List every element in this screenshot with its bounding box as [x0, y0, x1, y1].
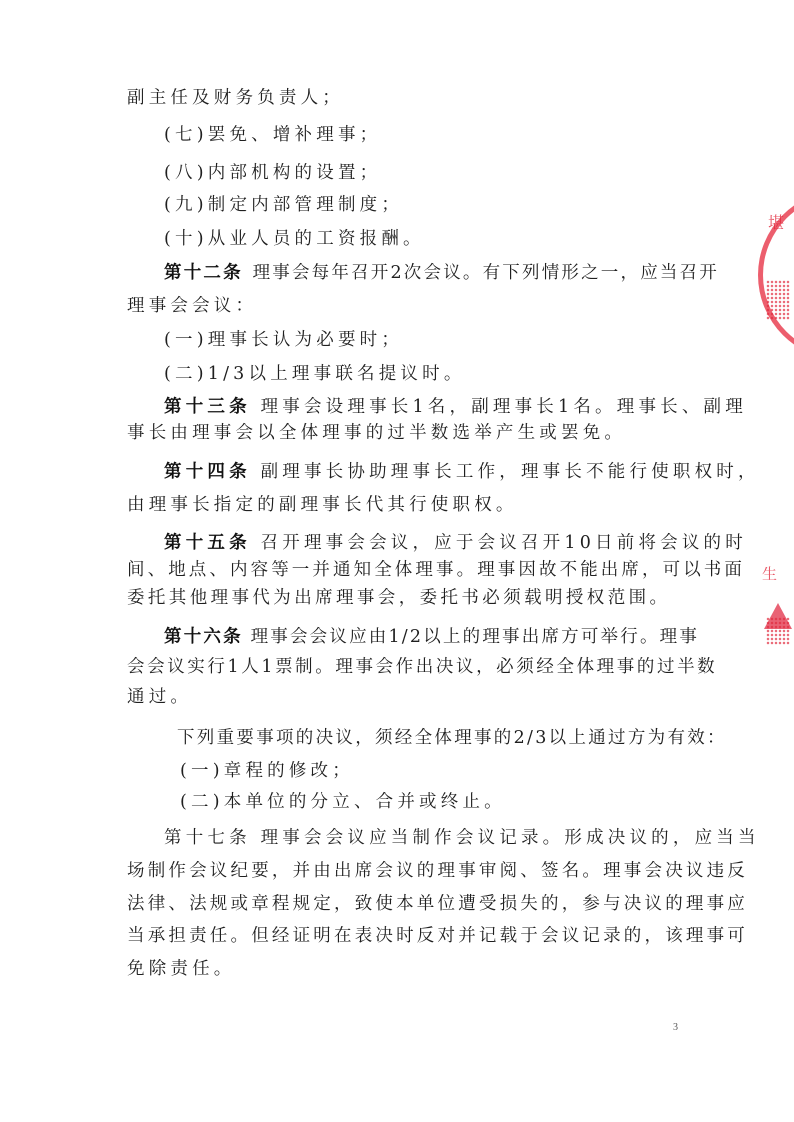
article-17-heading: 第十七条	[164, 828, 251, 848]
article-17-line-3: 法律、法规或章程规定，致使本单位遭受损失的，参与决议的理事应	[127, 893, 748, 915]
article-16-item-1: (一)章程的修改；	[180, 760, 354, 782]
article-15-line-3: 委托其他理事代为出席理事会，委托书必须载明授权范围。	[127, 587, 670, 609]
article-14-text: 副理事长协助理事长工作，理事长不能行使职权时，	[261, 462, 760, 482]
article-15-text: 召开理事会会议，应于会议召开10日前将会议的时	[261, 533, 747, 553]
article-14-line-2: 由理事长指定的副理事长代其行使职权。	[127, 494, 518, 516]
article-14-line-1: 第十四条 副理事长协助理事长工作，理事长不能行使职权时，	[164, 461, 760, 483]
seal-stamp-upper: 堪	[754, 180, 794, 370]
article-16-item-2: (二)本单位的分立、合并或终止。	[180, 791, 506, 813]
article-12-text: 理事会每年召开2次会议。有下列情形之一，应当召开	[253, 263, 719, 283]
seal-stamp-lower: 生	[754, 555, 794, 725]
seal-glyph: 堪	[768, 210, 784, 233]
article-12-item-1: (一)理事长认为必要时；	[164, 329, 403, 351]
article-17-text: 理事会会议应当制作会议记录。形成决议的，应当当	[261, 828, 760, 848]
seal-texture	[766, 280, 790, 320]
article-15-line-1: 第十五条 召开理事会会议，应于会议召开10日前将会议的时	[164, 532, 747, 554]
seal-glyph: 生	[762, 563, 777, 584]
document-page: 副主任及财务负责人； (七)罢免、增补理事； (八)内部机构的设置； (九)制定…	[0, 0, 794, 1122]
article-14-heading: 第十四条	[164, 462, 251, 482]
article-17-line-4: 当承担责任。但经证明在表决时反对并记载于会议记录的，该理事可	[127, 925, 748, 947]
continued-line: 副主任及财务负责人；	[127, 87, 344, 109]
list-item-7: (七)罢免、增补理事；	[164, 124, 381, 146]
article-13-line-1: 第十三条 理事会设理事长1名，副理事长1名。理事长、副理	[164, 396, 747, 418]
list-item-10: (十)从业人员的工资报酬。	[164, 228, 425, 250]
list-item-8: (八)内部机构的设置；	[164, 162, 381, 184]
article-15-heading: 第十五条	[164, 533, 251, 553]
article-16-text: 理事会会议应由1/2以上的理事出席方可举行。理事	[251, 627, 699, 647]
article-15-line-2: 间、地点、内容等一并通知全体理事。理事因故不能出席，可以书面	[127, 559, 745, 581]
article-13-line-2: 事长由理事会以全体理事的过半数选举产生或罢免。	[127, 422, 626, 444]
article-17-line-5: 免除责任。	[127, 958, 236, 980]
list-item-9: (九)制定内部管理制度；	[164, 194, 403, 216]
article-16-line-3: 通过。	[127, 686, 192, 708]
article-16-line-2: 会会议实行1人1票制。理事会作出决议，必须经全体理事的过半数	[127, 656, 717, 678]
article-16-heading: 第十六条	[164, 627, 243, 647]
article-12-item-2: (二)1/3以上理事联名提议时。	[164, 363, 466, 385]
article-12-line-2: 理事会会议：	[127, 295, 257, 317]
article-17-line-2: 场制作会议纪要，并由出席会议的理事审阅、签名。理事会决议违反	[127, 860, 748, 882]
article-17-line-1: 第十七条 理事会会议应当制作会议记录。形成决议的，应当当	[164, 827, 760, 849]
article-16-sub-paragraph: 下列重要事项的决议，须经全体理事的2/3以上通过方为有效：	[177, 727, 727, 749]
article-13-text: 理事会设理事长1名，副理事长1名。理事长、副理	[261, 397, 747, 417]
article-13-heading: 第十三条	[164, 397, 251, 417]
page-number: 3	[673, 1022, 678, 1033]
article-12-heading: 第十二条	[164, 263, 243, 283]
seal-texture	[766, 617, 790, 645]
article-16-line-1: 第十六条 理事会会议应由1/2以上的理事出席方可举行。理事	[164, 626, 699, 648]
article-12-line-1: 第十二条 理事会每年召开2次会议。有下列情形之一，应当召开	[164, 262, 719, 284]
